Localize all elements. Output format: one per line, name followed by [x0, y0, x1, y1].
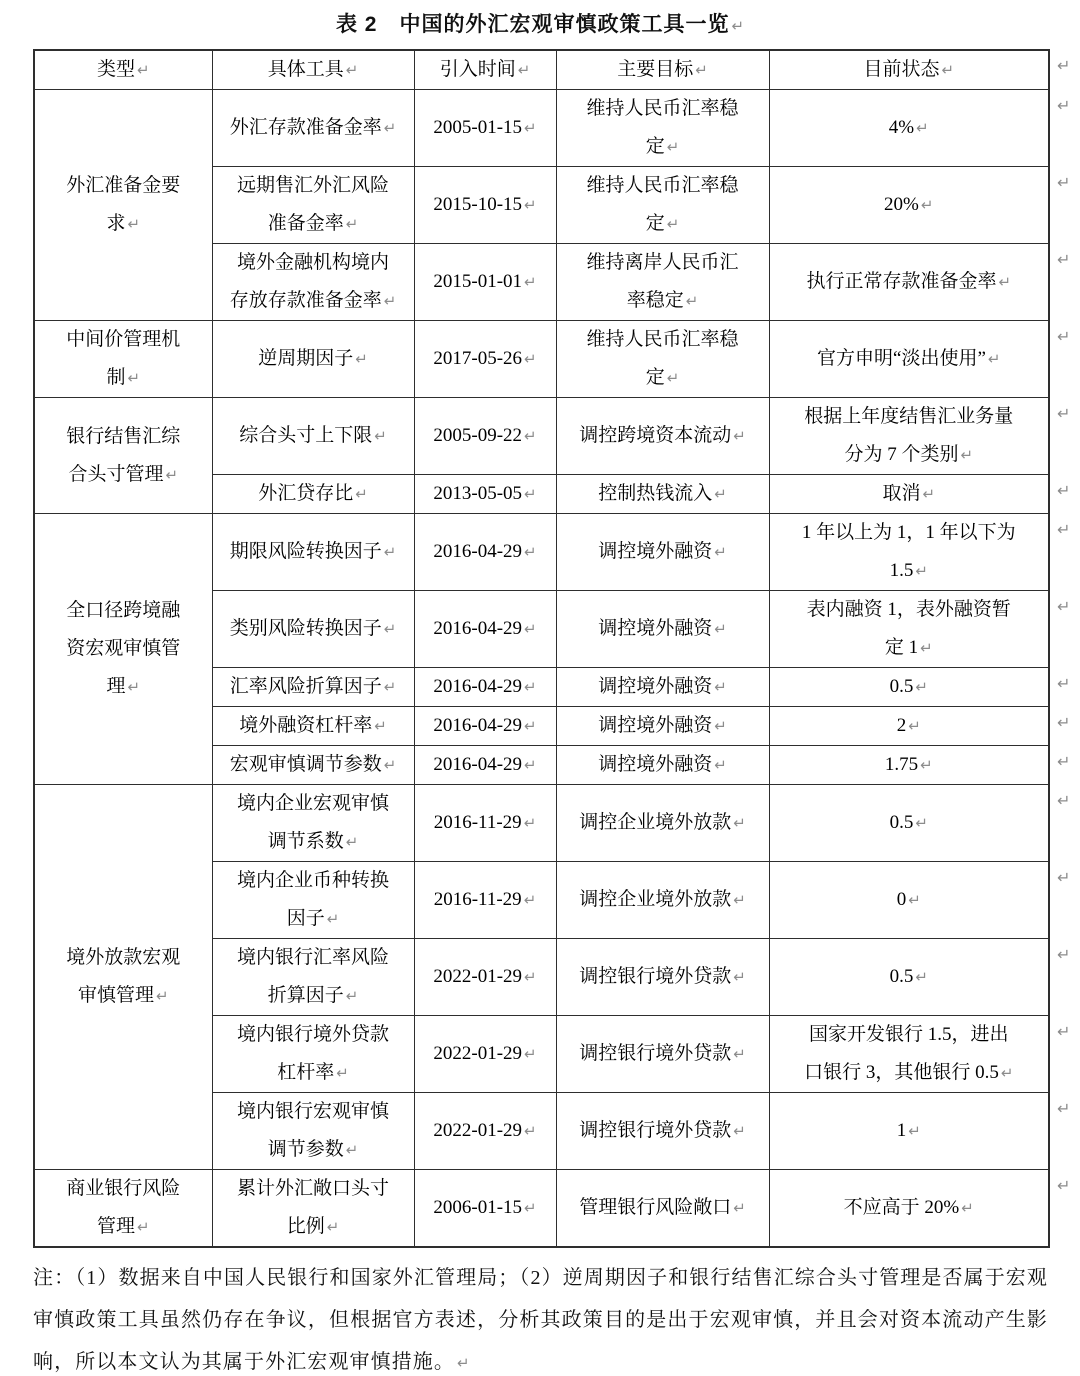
cell-tool: 宏观审慎调节参数↵ [212, 746, 414, 785]
paragraph-return-icon: ↵ [714, 756, 727, 774]
paragraph-return-icon: ↵ [346, 833, 359, 851]
row-end-return-icon: ↵ [1057, 1022, 1070, 1041]
cell-status: 根据上年度结售汇业务量 分为 7 个类别↵ [769, 398, 1049, 475]
cell-date: 2015-10-15↵ [414, 167, 556, 244]
paragraph-return-icon: ↵ [384, 119, 397, 137]
row-end-return-icon: ↵ [1057, 404, 1070, 423]
paragraph-return-icon: ↵ [524, 1122, 537, 1140]
row-end-return-icon: ↵ [1057, 713, 1070, 732]
cell-tool: 境内企业币种转换 因子↵ [212, 862, 414, 939]
cell-status: 4%↵ [769, 90, 1049, 167]
paragraph-return-icon: ↵ [908, 717, 921, 735]
paragraph-return-icon: ↵ [384, 756, 397, 774]
cell-type: 银行结售汇综 合头寸管理↵ [34, 398, 212, 514]
paragraph-return-icon: ↵ [524, 350, 537, 368]
row-end-return-icon: ↵ [1057, 173, 1070, 192]
row-end-return-icon: ↵ [1057, 752, 1070, 771]
cell-date: 2005-09-22↵ [414, 398, 556, 475]
document-page: 表 2 中国的外汇宏观审慎政策工具一览↵ 类型↵ 具体工具↵ 引入时间↵ 主要目… [0, 8, 1080, 1376]
paragraph-return-icon: ↵ [733, 1122, 746, 1140]
cell-status: 1 年以上为 1，1 年以下为 1.5↵ [769, 514, 1049, 591]
paragraph-return-icon: ↵ [941, 61, 954, 79]
row-end-return-icon: ↵ [1057, 791, 1070, 810]
paragraph-return-icon: ↵ [346, 61, 359, 79]
paragraph-return-icon: ↵ [346, 1141, 359, 1159]
col-header-goal: 主要目标↵ [556, 50, 769, 90]
cell-status: 1↵ [769, 1093, 1049, 1170]
col-header-type: 类型↵ [34, 50, 212, 90]
paragraph-return-icon: ↵ [667, 215, 680, 233]
cell-type: 商业银行风险 管理↵ [34, 1170, 212, 1248]
cell-status: 0.5↵ [769, 785, 1049, 862]
paragraph-return-icon: ↵ [524, 543, 537, 561]
paragraph-return-icon: ↵ [731, 17, 744, 35]
cell-goal: 调控跨境资本流动↵ [556, 398, 769, 475]
paragraph-return-icon: ↵ [518, 61, 531, 79]
cell-tool: 期限风险转换因子↵ [212, 514, 414, 591]
row-end-return-icon: ↵ [1057, 868, 1070, 887]
cell-date: 2005-01-15↵ [414, 90, 556, 167]
table-wrap: 类型↵ 具体工具↵ 引入时间↵ 主要目标↵ 目前状态↵ 外汇准备金要 求↵ 外汇… [0, 49, 1080, 1248]
cell-status: 取消↵ [769, 475, 1049, 514]
cell-status: 国家开发银行 1.5，进出 口银行 3，其他银行 0.5↵ [769, 1016, 1049, 1093]
cell-date: 2016-04-29↵ [414, 514, 556, 591]
paragraph-return-icon: ↵ [960, 446, 973, 464]
paragraph-return-icon: ↵ [327, 910, 340, 928]
paragraph-return-icon: ↵ [733, 1199, 746, 1217]
cell-tool: 境内企业宏观审慎 调节系数↵ [212, 785, 414, 862]
row-end-return-icon: ↵ [1057, 327, 1070, 346]
cell-date: 2016-11-29↵ [414, 785, 556, 862]
paragraph-return-icon: ↵ [384, 620, 397, 638]
paragraph-return-icon: ↵ [733, 1045, 746, 1063]
paragraph-return-icon: ↵ [920, 639, 933, 657]
paragraph-return-icon: ↵ [1001, 1064, 1014, 1082]
cell-date: 2017-05-26↵ [414, 321, 556, 398]
cell-goal: 调控境外融资↵ [556, 746, 769, 785]
paragraph-return-icon: ↵ [156, 987, 169, 1005]
table-row: 外汇准备金要 求↵ 外汇存款准备金率↵ 2005-01-15↵ 维持人民币汇率稳… [34, 90, 1049, 167]
table-row: 境外放款宏观 审慎管理↵ 境内企业宏观审慎 调节系数↵ 2016-11-29↵ … [34, 785, 1049, 862]
paragraph-return-icon: ↵ [915, 814, 928, 832]
paragraph-return-icon: ↵ [922, 485, 935, 503]
cell-status: 20%↵ [769, 167, 1049, 244]
paragraph-return-icon: ↵ [524, 273, 537, 291]
paragraph-return-icon: ↵ [524, 1199, 537, 1217]
paragraph-return-icon: ↵ [346, 987, 359, 1005]
table-row: 商业银行风险 管理↵ 累计外汇敞口头寸 比例↵ 2006-01-15↵ 管理银行… [34, 1170, 1049, 1248]
paragraph-return-icon: ↵ [667, 369, 680, 387]
cell-goal: 调控境外融资↵ [556, 668, 769, 707]
col-header-tool: 具体工具↵ [212, 50, 414, 90]
cell-status: 0↵ [769, 862, 1049, 939]
paragraph-return-icon: ↵ [714, 717, 727, 735]
paragraph-return-icon: ↵ [374, 427, 387, 445]
cell-goal: 调控境外融资↵ [556, 707, 769, 746]
paragraph-return-icon: ↵ [667, 138, 680, 156]
cell-date: 2016-04-29↵ [414, 746, 556, 785]
cell-goal: 维持离岸人民币汇 率稳定↵ [556, 244, 769, 321]
row-end-return-icon: ↵ [1057, 250, 1070, 269]
cell-tool: 汇率风险折算因子↵ [212, 668, 414, 707]
cell-date: 2022-01-29↵ [414, 939, 556, 1016]
paragraph-return-icon: ↵ [695, 61, 708, 79]
paragraph-return-icon: ↵ [733, 427, 746, 445]
cell-date: 2016-04-29↵ [414, 591, 556, 668]
row-end-return-icon: ↵ [1057, 96, 1070, 115]
cell-date: 2016-11-29↵ [414, 862, 556, 939]
paragraph-return-icon: ↵ [384, 678, 397, 696]
cell-goal: 调控境外融资↵ [556, 591, 769, 668]
paragraph-return-icon: ↵ [524, 620, 537, 638]
cell-status: 0.5↵ [769, 668, 1049, 707]
cell-type: 全口径跨境融 资宏观审慎管 理↵ [34, 514, 212, 785]
cell-status: 官方申明“淡出使用”↵ [769, 321, 1049, 398]
paragraph-return-icon: ↵ [524, 814, 537, 832]
cell-goal: 调控企业境外放款↵ [556, 862, 769, 939]
cell-date: 2016-04-29↵ [414, 668, 556, 707]
cell-tool: 境内银行汇率风险 折算因子↵ [212, 939, 414, 1016]
paragraph-return-icon: ↵ [457, 1354, 470, 1372]
cell-status: 0.5↵ [769, 939, 1049, 1016]
cell-goal: 维持人民币汇率稳 定↵ [556, 167, 769, 244]
cell-status: 2↵ [769, 707, 1049, 746]
cell-tool: 远期售汇外汇风险 准备金率↵ [212, 167, 414, 244]
row-end-return-icon: ↵ [1057, 674, 1070, 693]
paragraph-return-icon: ↵ [346, 215, 359, 233]
cell-goal: 调控银行境外贷款↵ [556, 939, 769, 1016]
row-end-return-icon: ↵ [1057, 597, 1070, 616]
paragraph-return-icon: ↵ [355, 350, 368, 368]
paragraph-return-icon: ↵ [733, 814, 746, 832]
cell-type: 境外放款宏观 审慎管理↵ [34, 785, 212, 1170]
paragraph-return-icon: ↵ [686, 292, 699, 310]
cell-status: 不应高于 20%↵ [769, 1170, 1049, 1248]
footnote-text: 注：（1）数据来自中国人民银行和国家外汇管理局；（2）逆周期因子和银行结售汇综合… [33, 1267, 1048, 1373]
paragraph-return-icon: ↵ [384, 292, 397, 310]
row-end-return-icon: ↵ [1057, 945, 1070, 964]
cell-tool: 境外金融机构境内 存放存款准备金率↵ [212, 244, 414, 321]
row-end-return-icon: ↵ [1057, 1099, 1070, 1118]
paragraph-return-icon: ↵ [374, 717, 387, 735]
table-header-row: 类型↵ 具体工具↵ 引入时间↵ 主要目标↵ 目前状态↵ [34, 50, 1049, 90]
paragraph-return-icon: ↵ [524, 717, 537, 735]
cell-date: 2013-05-05↵ [414, 475, 556, 514]
cell-status: 1.75↵ [769, 746, 1049, 785]
paragraph-return-icon: ↵ [127, 369, 140, 387]
cell-tool: 逆周期因子↵ [212, 321, 414, 398]
paragraph-return-icon: ↵ [714, 678, 727, 696]
paragraph-return-icon: ↵ [524, 756, 537, 774]
cell-goal: 调控银行境外贷款↵ [556, 1093, 769, 1170]
paragraph-return-icon: ↵ [524, 678, 537, 696]
paragraph-return-icon: ↵ [714, 543, 727, 561]
cell-goal: 维持人民币汇率稳 定↵ [556, 90, 769, 167]
paragraph-return-icon: ↵ [137, 1218, 150, 1236]
cell-tool: 境内银行境外贷款 杠杆率↵ [212, 1016, 414, 1093]
cell-goal: 调控银行境外贷款↵ [556, 1016, 769, 1093]
table-footnote: 注：（1）数据来自中国人民银行和国家外汇管理局；（2）逆周期因子和银行结售汇综合… [33, 1257, 1048, 1376]
paragraph-return-icon: ↵ [355, 485, 368, 503]
paragraph-return-icon: ↵ [714, 485, 727, 503]
paragraph-return-icon: ↵ [524, 119, 537, 137]
paragraph-return-icon: ↵ [127, 678, 140, 696]
cell-goal: 调控境外融资↵ [556, 514, 769, 591]
table-row: 银行结售汇综 合头寸管理↵ 综合头寸上下限↵ 2005-09-22↵ 调控跨境资… [34, 398, 1049, 475]
table-caption: 表 2 中国的外汇宏观审慎政策工具一览↵ [0, 8, 1080, 38]
paragraph-return-icon: ↵ [920, 756, 933, 774]
table-row: 中间价管理机 制↵ 逆周期因子↵ 2017-05-26↵ 维持人民币汇率稳 定↵… [34, 321, 1049, 398]
cell-goal: 控制热钱流入↵ [556, 475, 769, 514]
paragraph-return-icon: ↵ [384, 543, 397, 561]
paragraph-return-icon: ↵ [915, 678, 928, 696]
cell-status: 表内融资 1，表外融资暂 定 1↵ [769, 591, 1049, 668]
paragraph-return-icon: ↵ [127, 215, 140, 233]
paragraph-return-icon: ↵ [988, 350, 1001, 368]
cell-type: 中间价管理机 制↵ [34, 321, 212, 398]
paragraph-return-icon: ↵ [908, 891, 921, 909]
paragraph-return-icon: ↵ [336, 1064, 349, 1082]
paragraph-return-icon: ↵ [916, 119, 929, 137]
row-end-return-icon: ↵ [1057, 1176, 1070, 1195]
paragraph-return-icon: ↵ [733, 891, 746, 909]
paragraph-return-icon: ↵ [524, 891, 537, 909]
paragraph-return-icon: ↵ [524, 427, 537, 445]
cell-tool: 综合头寸上下限↵ [212, 398, 414, 475]
cell-date: 2022-01-29↵ [414, 1093, 556, 1170]
row-end-return-icon: ↵ [1057, 56, 1070, 75]
cell-status: 执行正常存款准备金率↵ [769, 244, 1049, 321]
paragraph-return-icon: ↵ [524, 196, 537, 214]
col-header-status: 目前状态↵ [769, 50, 1049, 90]
policy-table: 类型↵ 具体工具↵ 引入时间↵ 主要目标↵ 目前状态↵ 外汇准备金要 求↵ 外汇… [33, 49, 1050, 1248]
paragraph-return-icon: ↵ [921, 196, 934, 214]
table-caption-text: 表 2 中国的外汇宏观审慎政策工具一览↵ [336, 13, 744, 36]
cell-goal: 调控企业境外放款↵ [556, 785, 769, 862]
paragraph-return-icon: ↵ [524, 968, 537, 986]
paragraph-return-icon: ↵ [137, 61, 150, 79]
cell-tool: 境外融资杠杆率↵ [212, 707, 414, 746]
row-end-return-icon: ↵ [1057, 520, 1070, 539]
cell-type: 外汇准备金要 求↵ [34, 90, 212, 321]
cell-date: 2016-04-29↵ [414, 707, 556, 746]
cell-tool: 累计外汇敞口头寸 比例↵ [212, 1170, 414, 1248]
cell-goal: 维持人民币汇率稳 定↵ [556, 321, 769, 398]
cell-goal: 管理银行风险敞口↵ [556, 1170, 769, 1248]
paragraph-return-icon: ↵ [733, 968, 746, 986]
paragraph-return-icon: ↵ [915, 562, 928, 580]
paragraph-return-icon: ↵ [908, 1122, 921, 1140]
paragraph-return-icon: ↵ [998, 273, 1011, 291]
paragraph-return-icon: ↵ [327, 1218, 340, 1236]
paragraph-return-icon: ↵ [524, 485, 537, 503]
paragraph-return-icon: ↵ [714, 620, 727, 638]
cell-date: 2015-01-01↵ [414, 244, 556, 321]
cell-tool: 外汇贷存比↵ [212, 475, 414, 514]
row-end-return-icon: ↵ [1057, 481, 1070, 500]
cell-tool: 境内银行宏观审慎 调节参数↵ [212, 1093, 414, 1170]
paragraph-return-icon: ↵ [524, 1045, 537, 1063]
paragraph-return-icon: ↵ [961, 1199, 974, 1217]
paragraph-return-icon: ↵ [915, 968, 928, 986]
cell-tool: 类别风险转换因子↵ [212, 591, 414, 668]
cell-date: 2006-01-15↵ [414, 1170, 556, 1248]
cell-date: 2022-01-29↵ [414, 1016, 556, 1093]
paragraph-return-icon: ↵ [165, 466, 178, 484]
col-header-date: 引入时间↵ [414, 50, 556, 90]
table-row: 全口径跨境融 资宏观审慎管 理↵ 期限风险转换因子↵ 2016-04-29↵ 调… [34, 514, 1049, 591]
cell-tool: 外汇存款准备金率↵ [212, 90, 414, 167]
